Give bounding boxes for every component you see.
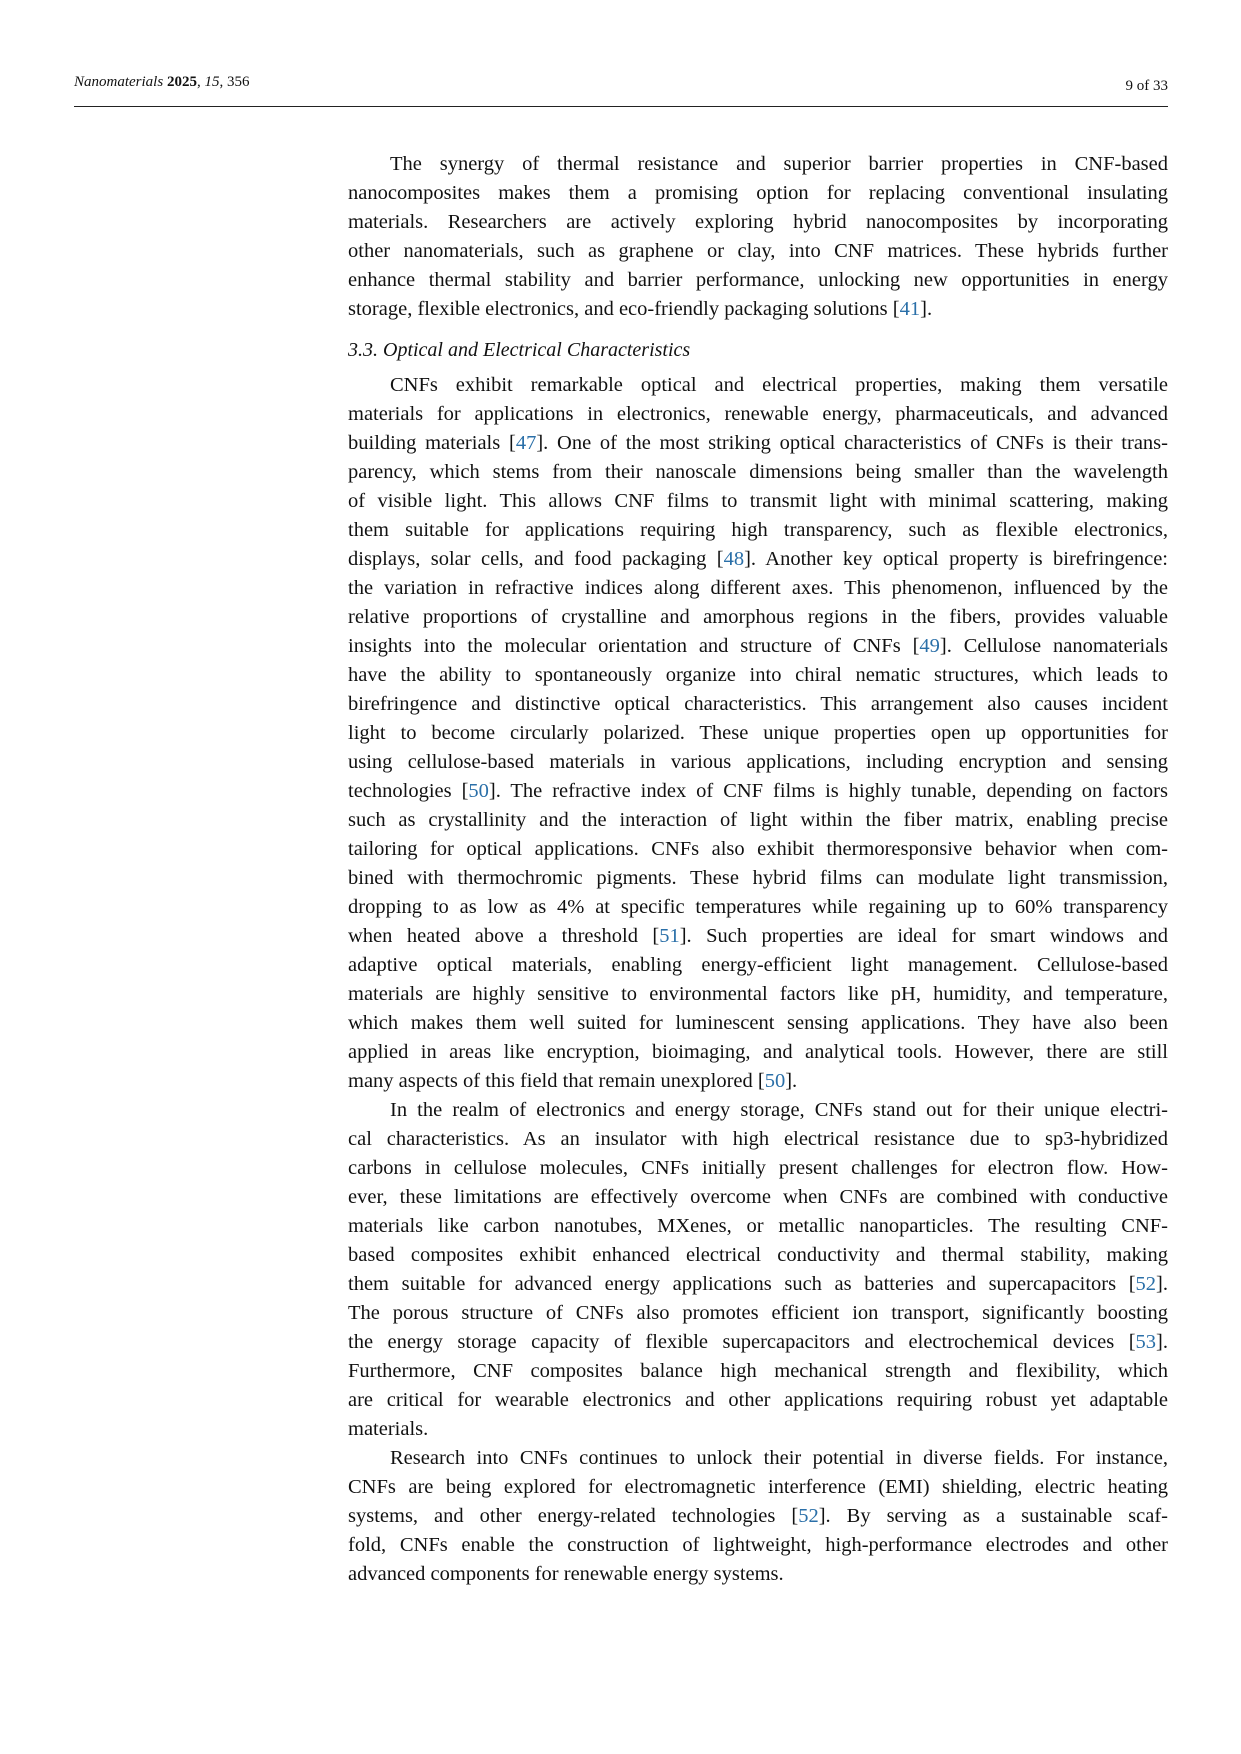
text-line: advanced components for renewable energy…	[348, 1560, 1168, 1589]
text-line: enhance thermal stability and barrier pe…	[348, 266, 1168, 295]
text-line: building materials [47]. One of the most…	[348, 429, 1168, 458]
article-body: The synergy of thermal resistance and su…	[348, 150, 1168, 1589]
journal-name: Nanomaterials	[74, 74, 163, 90]
text-line: materials. Researchers are actively expl…	[348, 208, 1168, 237]
article-number: 356	[227, 74, 250, 90]
text-line: dropping to as low as 4% at specific tem…	[348, 893, 1168, 922]
citation-link[interactable]: 50	[468, 780, 489, 802]
paragraph-1: The synergy of thermal resistance and su…	[348, 150, 1168, 324]
citation-link[interactable]: 49	[919, 635, 940, 657]
text-line: of visible light. This allows CNF films …	[348, 487, 1168, 516]
section-heading: 3.3. Optical and Electrical Characterist…	[348, 336, 1168, 365]
text-line: Furthermore, CNF composites balance high…	[348, 1357, 1168, 1386]
text-line: which makes them well suited for lumines…	[348, 1009, 1168, 1038]
text-line: bined with thermochromic pigments. These…	[348, 864, 1168, 893]
paragraph-4: Research into CNFs continues to unlock t…	[348, 1444, 1168, 1589]
citation-link[interactable]: 48	[724, 548, 745, 570]
text-line: Research into CNFs continues to unlock t…	[348, 1444, 1168, 1473]
text-line: using cellulose-based materials in vario…	[348, 748, 1168, 777]
text-line: them suitable for advanced energy applic…	[348, 1270, 1168, 1299]
journal-year: 2025	[167, 74, 197, 90]
paragraph-2: CNFs exhibit remarkable optical and elec…	[348, 371, 1168, 1096]
text-line: the variation in refractive indices alon…	[348, 574, 1168, 603]
text-line: are critical for wearable electronics an…	[348, 1386, 1168, 1415]
text-line: CNFs exhibit remarkable optical and elec…	[348, 371, 1168, 400]
citation-link[interactable]: 52	[1136, 1273, 1157, 1295]
text-line: the energy storage capacity of flexible …	[348, 1328, 1168, 1357]
text-line: In the realm of electronics and energy s…	[348, 1096, 1168, 1125]
text-line: technologies [50]. The refractive index …	[348, 777, 1168, 806]
text-line: such as crystallinity and the interactio…	[348, 806, 1168, 835]
text-line: displays, solar cells, and food packagin…	[348, 545, 1168, 574]
citation-link[interactable]: 53	[1136, 1331, 1157, 1353]
text-line: cal characteristics. As an insulator wit…	[348, 1125, 1168, 1154]
text-line: nanocomposites makes them a promising op…	[348, 179, 1168, 208]
journal-volume: 15	[204, 74, 219, 90]
text-line: many aspects of this field that remain u…	[348, 1067, 1168, 1096]
text-line: tailoring for optical applications. CNFs…	[348, 835, 1168, 864]
text-line: insights into the molecular orientation …	[348, 632, 1168, 661]
text-line: materials for applications in electronic…	[348, 400, 1168, 429]
header-rule	[74, 106, 1168, 107]
text-line: The synergy of thermal resistance and su…	[348, 150, 1168, 179]
text-line: materials like carbon nanotubes, MXenes,…	[348, 1212, 1168, 1241]
text-line: storage, flexible electronics, and eco-f…	[348, 295, 1168, 324]
citation-link[interactable]: 52	[798, 1505, 819, 1527]
text-line: adaptive optical materials, enabling ene…	[348, 951, 1168, 980]
text-line: fold, CNFs enable the construction of li…	[348, 1531, 1168, 1560]
text-line: them suitable for applications requiring…	[348, 516, 1168, 545]
text-line: birefringence and distinctive optical ch…	[348, 690, 1168, 719]
text-line: The porous structure of CNFs also promot…	[348, 1299, 1168, 1328]
text-line: carbons in cellulose molecules, CNFs ini…	[348, 1154, 1168, 1183]
text-line: light to become circularly polarized. Th…	[348, 719, 1168, 748]
text-line: based composites exhibit enhanced electr…	[348, 1241, 1168, 1270]
text-line: CNFs are being explored for electromagne…	[348, 1473, 1168, 1502]
text-line: materials are highly sensitive to enviro…	[348, 980, 1168, 1009]
text-line: when heated above a threshold [51]. Such…	[348, 922, 1168, 951]
text-line: relative proportions of crystalline and …	[348, 603, 1168, 632]
text-line: have the ability to spontaneously organi…	[348, 661, 1168, 690]
text-line: systems, and other energy-related techno…	[348, 1502, 1168, 1531]
citation-link[interactable]: 51	[659, 925, 680, 947]
running-header: Nanomaterials 2025, 15, 356 9 of 33	[74, 70, 1168, 106]
text-line: ever, these limitations are effectively …	[348, 1183, 1168, 1212]
citation-link[interactable]: 47	[516, 432, 537, 454]
citation-link[interactable]: 41	[900, 298, 921, 320]
text-line: applied in areas like encryption, bioima…	[348, 1038, 1168, 1067]
paragraph-3: In the realm of electronics and energy s…	[348, 1096, 1168, 1444]
page-number: 9 of 33	[1126, 78, 1169, 95]
text-line: other nanomaterials, such as graphene or…	[348, 237, 1168, 266]
text-line: parency, which stems from their nanoscal…	[348, 458, 1168, 487]
text-line: materials.	[348, 1415, 1168, 1444]
citation-link[interactable]: 50	[765, 1070, 786, 1092]
journal-citation: Nanomaterials 2025, 15, 356	[74, 74, 249, 91]
